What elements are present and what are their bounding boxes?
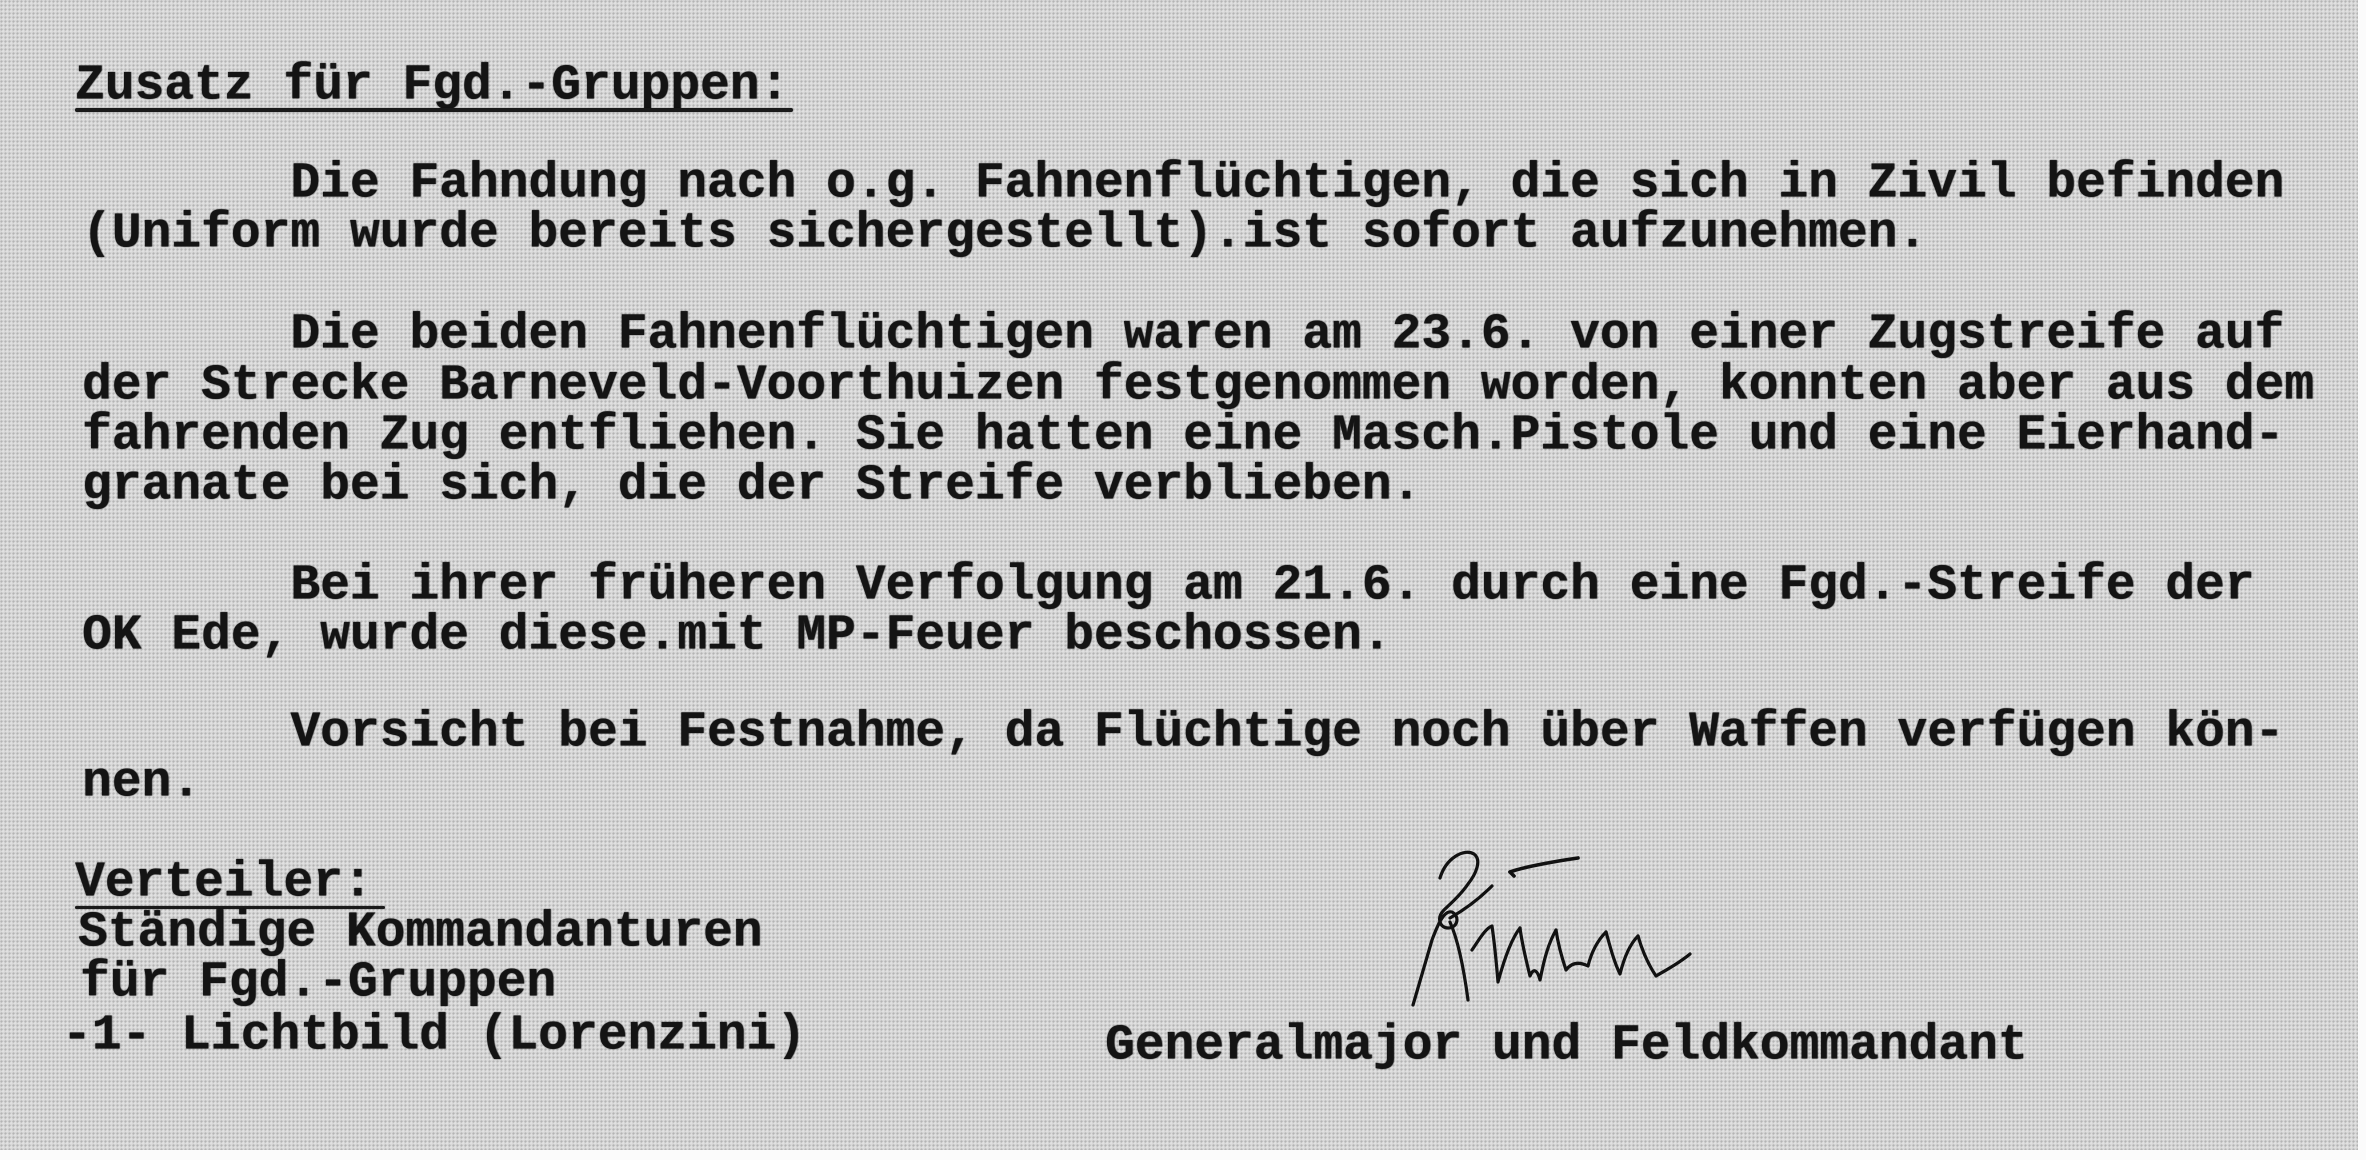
signatory-title: Generalmajor und Feldkommandant: [1105, 1021, 2028, 1071]
paragraph-4-line-2: nen.: [82, 758, 201, 808]
paragraph-3-line-1: Bei ihrer früheren Verfolgung am 21.6. d…: [82, 561, 2255, 611]
heading-underline: [75, 108, 793, 112]
paragraph-2-line-4: granate bei sich, die der Streife verbli…: [82, 461, 1421, 511]
distribution-heading: Verteiler:: [75, 858, 373, 908]
document-page: Zusatz für Fgd.-Gruppen: Die Fahndung na…: [0, 0, 2358, 1150]
paragraph-2-line-3: fahrenden Zug entfliehen. Sie hatten ein…: [82, 411, 2284, 461]
paragraph-1-line-2: (Uniform wurde bereits sichergestellt).i…: [82, 209, 1927, 259]
document-heading: Zusatz für Fgd.-Gruppen:: [75, 61, 789, 111]
paragraph-2-line-1: Die beiden Fahnenflüchtigen waren am 23.…: [82, 310, 2284, 360]
paragraph-2-line-2: der Strecke Barneveld-Voorthuizen festge…: [82, 361, 2314, 411]
paragraph-4-line-1: Vorsicht bei Festnahme, da Flüchtige noc…: [82, 708, 2284, 758]
paragraph-1-line-1: Die Fahndung nach o.g. Fahnenflüchtigen,…: [82, 159, 2284, 209]
distribution-line-3: -1- Lichtbild (Lorenzini): [62, 1011, 806, 1061]
distribution-line-1: Ständige Kommandanturen: [78, 908, 763, 958]
paragraph-3-line-2: OK Ede, wurde diese.mit MP-Feuer beschos…: [82, 611, 1392, 661]
distribution-line-2: für Fgd.-Gruppen: [80, 958, 556, 1008]
handwritten-signature-icon: [1380, 840, 1720, 1020]
